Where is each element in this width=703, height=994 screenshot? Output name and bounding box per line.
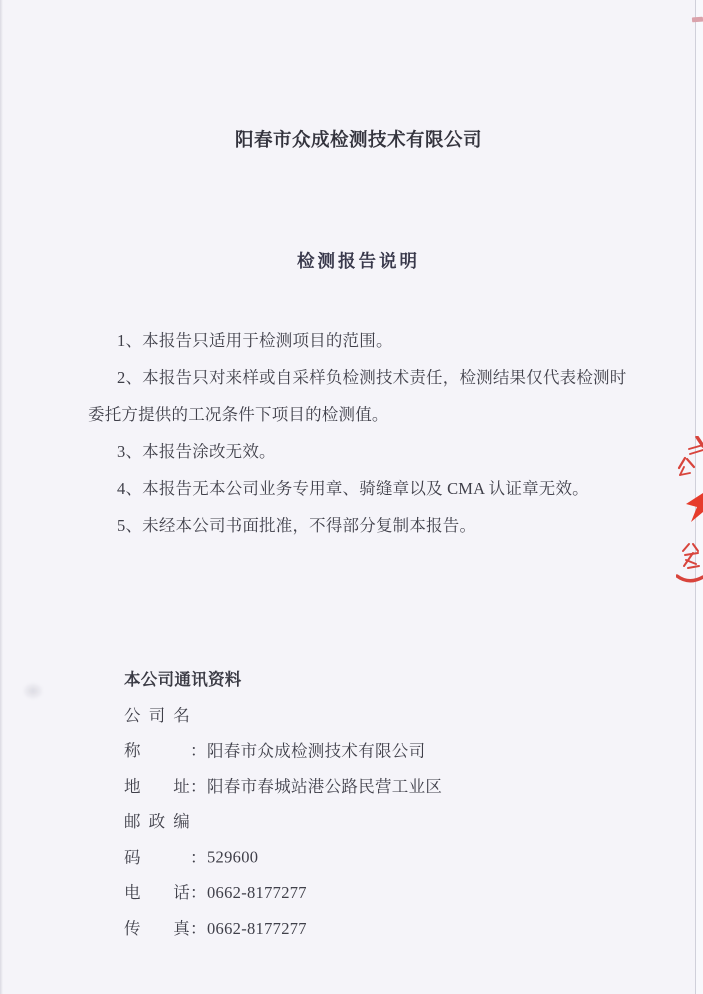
contact-colon: ：: [190, 733, 207, 769]
contact-section: 本公司通讯资料 公司名称：阳春市众成检测技术有限公司 地址：阳春市春城站港公路民…: [124, 662, 442, 946]
contact-colon: ：: [190, 840, 207, 876]
contact-value: 0662-8177277: [207, 883, 307, 902]
contact-label: 传真: [124, 911, 190, 947]
scan-left-edge-shade: [0, 0, 3, 994]
contact-label: 地址: [124, 769, 190, 805]
note-item-1: 1、本报告只适用于检测项目的范围。: [88, 322, 637, 359]
contact-label: 公司名称: [124, 698, 190, 769]
scan-artifact-mark: [692, 17, 703, 23]
ink-bleed-smudge: [22, 682, 44, 700]
note-item-4: 4、本报告无本公司业务专用章、骑缝章以及 CMA 认证章无效。: [88, 470, 637, 507]
seal-fragment-top-icon: [676, 436, 703, 478]
contact-value: 阳春市众成检测技术有限公司: [207, 741, 425, 760]
contact-row-company-name: 公司名称：阳春市众成检测技术有限公司: [124, 698, 442, 769]
note-item-2: 2、本报告只对来样或自采样负检测技术责任，检测结果仅代表检测时委托方提供的工况条…: [88, 359, 637, 433]
contact-label: 邮政编码: [124, 804, 190, 875]
contact-heading: 本公司通讯资料: [124, 662, 442, 698]
note-item-5: 5、未经本公司书面批准，不得部分复制本报告。: [88, 507, 637, 544]
contact-colon: ：: [190, 911, 207, 947]
contact-colon: ：: [190, 875, 207, 911]
company-title: 阳春市众成检测技术有限公司: [7, 128, 703, 154]
contact-colon: ：: [190, 769, 207, 805]
note-item-3: 3、本报告涂改无效。: [88, 433, 637, 470]
seal-star-fragment-icon: [685, 492, 703, 525]
scanned-report-page: { "company_title": "阳春市众成检测技术有限公司", "doc…: [0, 0, 703, 994]
contact-row-phone: 电话：0662-8177277: [124, 875, 442, 911]
contact-value: 0662-8177277: [207, 919, 307, 938]
contact-value: 529600: [207, 848, 258, 867]
report-notes: 1、本报告只适用于检测项目的范围。 2、本报告只对来样或自采样负检测技术责任，检…: [88, 322, 637, 544]
contact-row-fax: 传真：0662-8177277: [124, 911, 442, 947]
document-title: 检测报告说明: [7, 248, 703, 274]
contact-row-address: 地址：阳春市春城站港公路民营工业区: [124, 769, 442, 805]
contact-label: 电话: [124, 875, 190, 911]
document-page: 阳春市众成检测技术有限公司 检测报告说明 1、本报告只适用于检测项目的范围。 2…: [0, 0, 703, 994]
contact-row-postcode: 邮政编码：529600: [124, 804, 442, 875]
seal-fragment-bottom-icon: [676, 541, 703, 586]
contact-value: 阳春市春城站港公路民营工业区: [207, 777, 442, 796]
